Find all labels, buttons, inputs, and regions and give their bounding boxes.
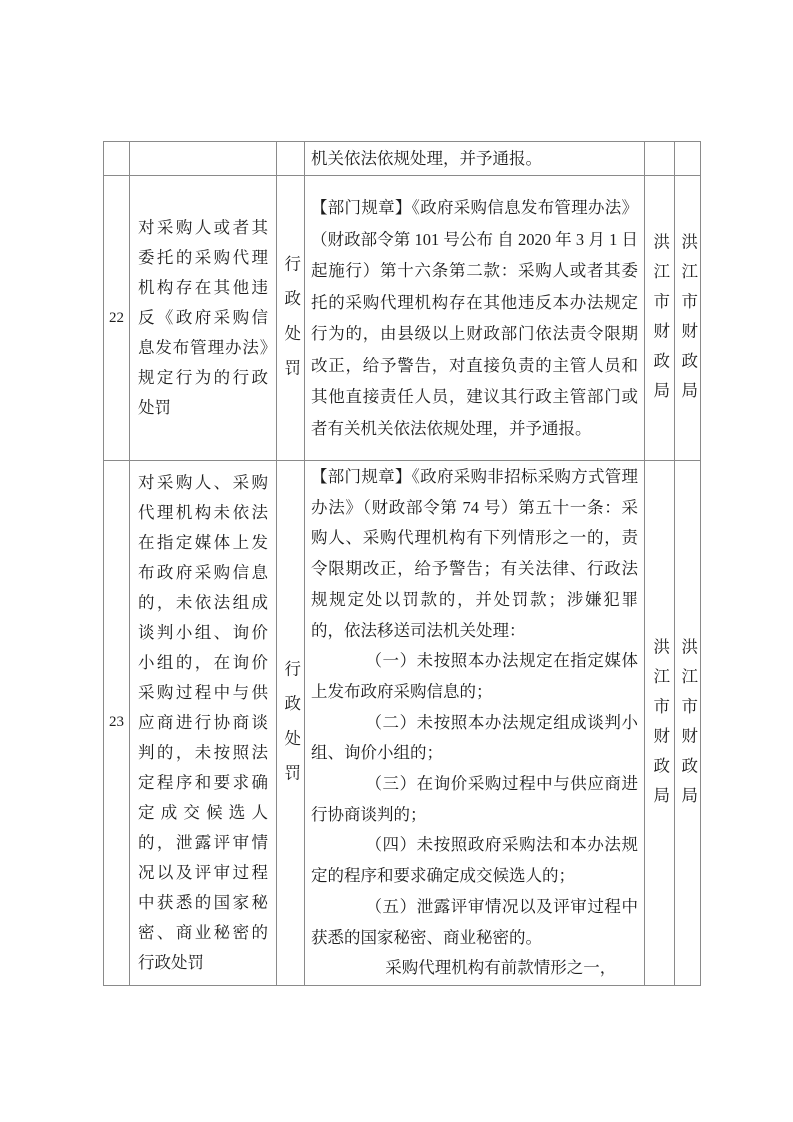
supervise-org-cell: 洪江市财政局 <box>675 461 701 986</box>
table-row-23: 23 对采购人、采购代理机构未依法在指定媒体上发布政府采购信息的，未依法组成谈判… <box>104 461 701 986</box>
implement-org-cell: 洪江市财政局 <box>645 176 675 461</box>
legal-paragraph-item-5: （五）泄露评审情况以及评审过程中获悉的国家秘密、商业秘密的。 <box>311 892 638 953</box>
legal-paragraph: 机关依法依规处理，并予通报。 <box>311 144 638 174</box>
supervise-org-cell: 洪江市财政局 <box>675 176 701 461</box>
penalty-type-cell <box>277 142 305 176</box>
legal-paragraph-item-3: （三）在询价采购过程中与供应商进行协商谈判的； <box>311 769 638 830</box>
legal-paragraph: 【部门规章】《政府采购非招标采购方式管理办法》（财政部令第 74 号）第五十一条… <box>311 462 638 646</box>
item-number-cell: 22 <box>104 176 130 461</box>
item-description-cell: 对采购人、采购代理机构未依法在指定媒体上发布政府采购信息的，未依法组成谈判小组、… <box>130 461 277 986</box>
penalty-type-vertical-text: 行政处罚 <box>282 660 299 799</box>
item-number-cell: 23 <box>104 461 130 986</box>
supervise-org-vertical-text: 洪江市财政局 <box>679 638 696 816</box>
legal-basis-cell: 【部门规章】《政府采购信息发布管理办法》（财政部令第 101 号公布 自 202… <box>305 176 645 461</box>
legal-paragraph-item-4: （四）未按照政府采购法和本办法规定的程序和要求确定成交候选人的； <box>311 830 638 891</box>
legal-basis-cell: 机关依法依规处理，并予通报。 <box>305 142 645 176</box>
penalty-items-table: 机关依法依规处理，并予通报。 22 对采购人或者其委托的采购代理机构存在其他违反… <box>103 141 701 986</box>
penalty-type-cell: 行政处罚 <box>277 176 305 461</box>
penalty-type-cell: 行政处罚 <box>277 461 305 986</box>
penalty-type-vertical-text: 行政处罚 <box>282 255 299 394</box>
table-row-continuation: 机关依法依规处理，并予通报。 <box>104 142 701 176</box>
implement-org-vertical-text: 洪江市财政局 <box>651 233 668 411</box>
supervise-org-cell <box>675 142 701 176</box>
legal-paragraph-item-2: （二）未按照本办法规定组成谈判小组、询价小组的； <box>311 708 638 769</box>
legal-paragraph-item-1: （一）未按照本办法规定在指定媒体上发布政府采购信息的； <box>311 646 638 707</box>
legal-basis-cell: 【部门规章】《政府采购非招标采购方式管理办法》（财政部令第 74 号）第五十一条… <box>305 461 645 986</box>
table-row-22: 22 对采购人或者其委托的采购代理机构存在其他违反《政府采购信息发布管理办法》规… <box>104 176 701 461</box>
implement-org-vertical-text: 洪江市财政局 <box>651 638 668 816</box>
supervise-org-vertical-text: 洪江市财政局 <box>679 233 696 411</box>
item-description-cell: 对采购人或者其委托的采购代理机构存在其他违反《政府采购信息发布管理办法》规定行为… <box>130 176 277 461</box>
legal-paragraph: 【部门规章】《政府采购信息发布管理办法》（财政部令第 101 号公布 自 202… <box>311 192 638 444</box>
item-number-cell <box>104 142 130 176</box>
implement-org-cell <box>645 142 675 176</box>
implement-org-cell: 洪江市财政局 <box>645 461 675 986</box>
item-description-cell <box>130 142 277 176</box>
legal-paragraph-closing: 采购代理机构有前款情形之一， <box>311 953 638 984</box>
